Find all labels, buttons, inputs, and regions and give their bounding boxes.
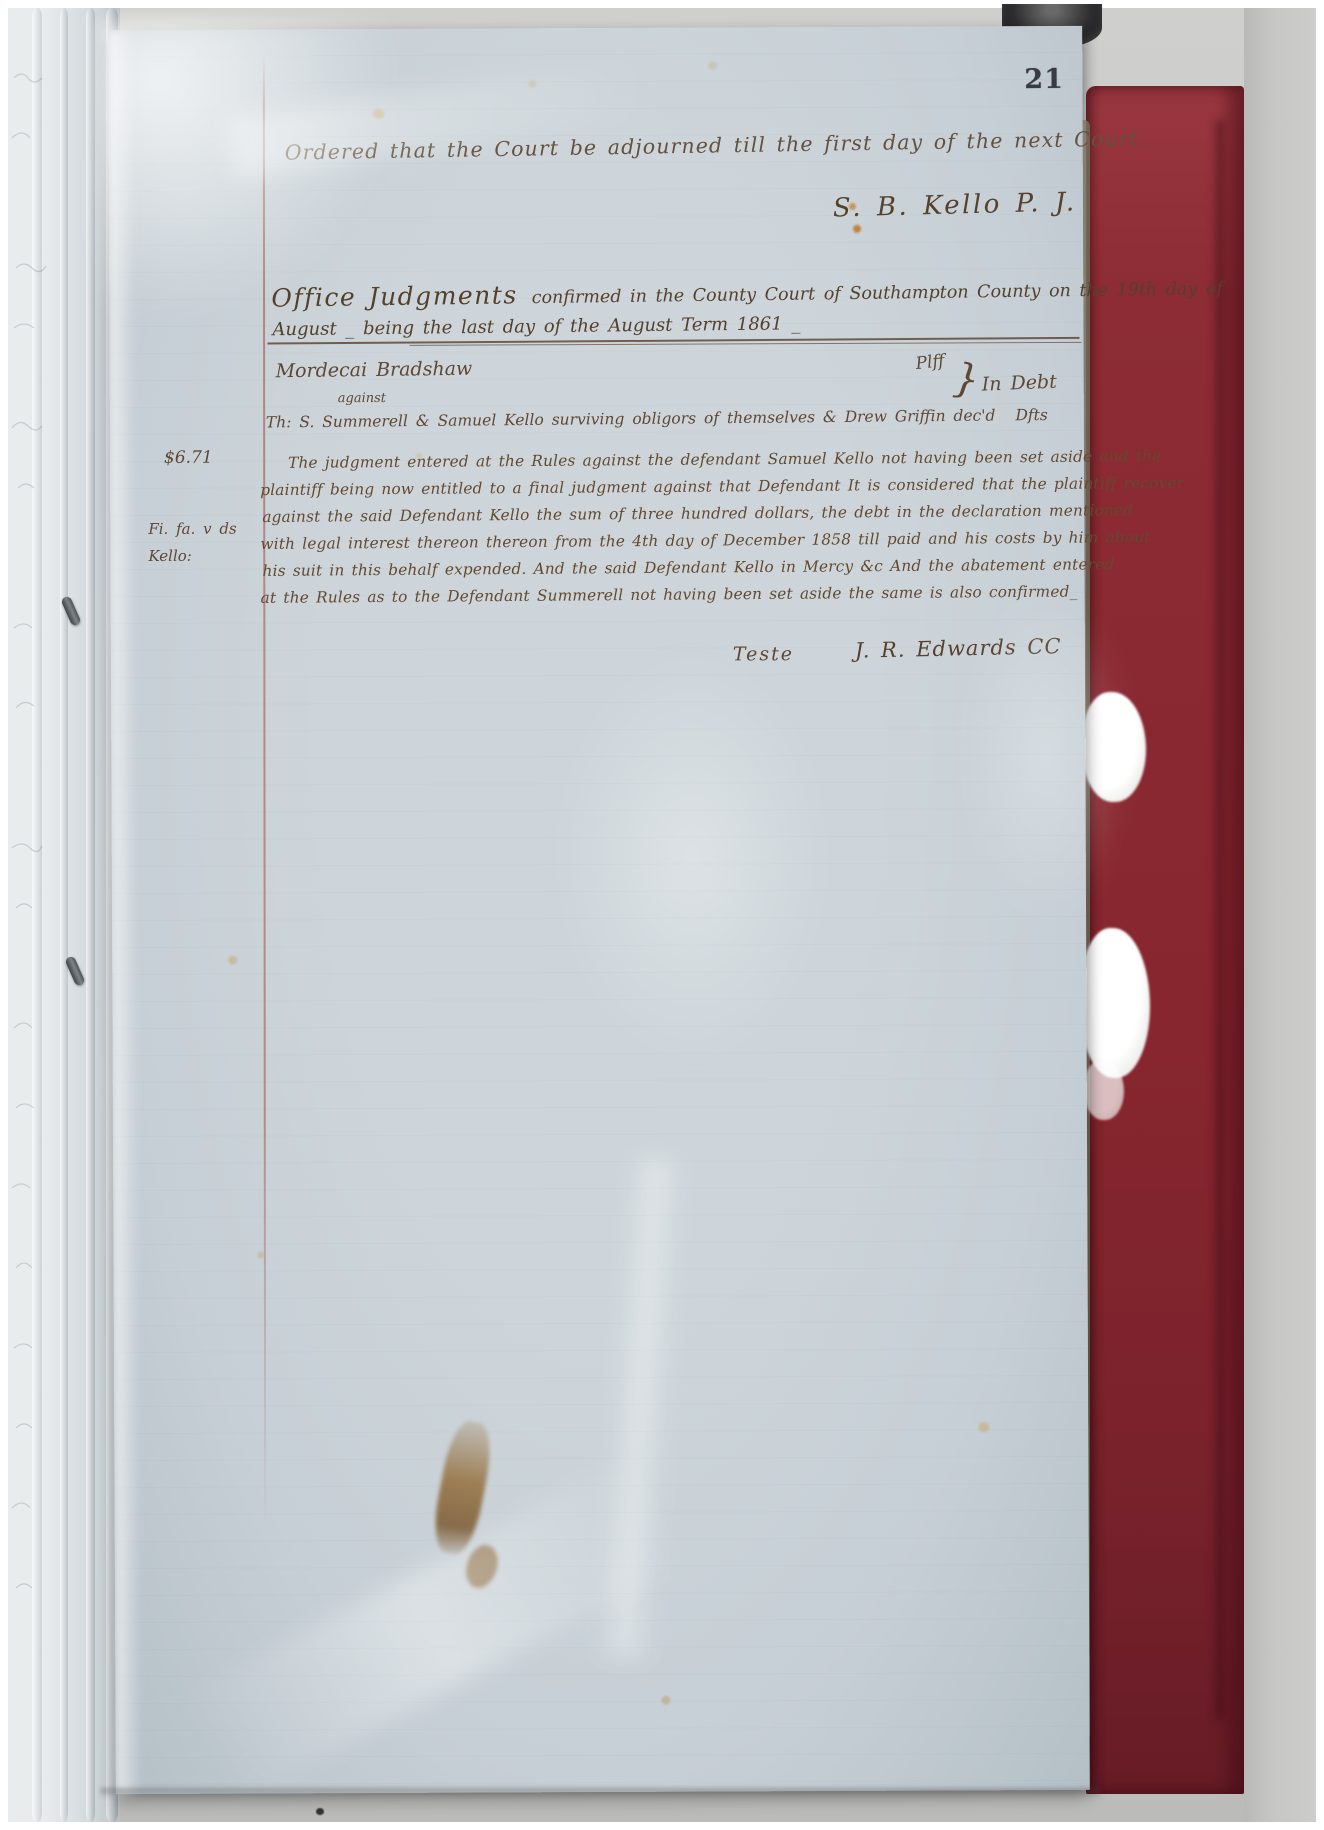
- justice-signature: S. B. Kello P. J.: [833, 187, 1077, 223]
- versus-label: against: [338, 391, 386, 406]
- foxing-spot: [528, 80, 536, 87]
- ledger-page: 21 Ordered that the Court be adjourned t…: [108, 26, 1090, 1794]
- plaintiff-abbreviation: Plff: [915, 351, 946, 374]
- foxing-spot: [708, 61, 717, 69]
- foxing-spot: [849, 203, 856, 210]
- heading-lead: Office Judgments: [271, 280, 518, 312]
- foxing-spot: [257, 1251, 264, 1258]
- tissue-paper-scrap: [1082, 692, 1146, 802]
- clerk-signature: J. R. Edwards CC: [855, 634, 1062, 663]
- small-dark-dot: [316, 1808, 324, 1815]
- table-surface-right: [1244, 8, 1316, 1822]
- margin-note-fifa: Fi. fa. v ds: [148, 520, 236, 538]
- foxing-spot: [416, 453, 422, 459]
- foxing-spot: [228, 956, 237, 965]
- margin-note-kello: Kello:: [148, 547, 191, 565]
- tissue-paper-scrap: [1084, 1060, 1124, 1120]
- ghost-handwriting-marks: [8, 8, 120, 1822]
- teste-label: Teste: [733, 643, 794, 665]
- page-number: 21: [1024, 64, 1064, 95]
- action-type: In Debt: [981, 371, 1057, 396]
- plaintiff-name: Mordecai Bradshaw: [276, 358, 473, 383]
- foxing-spot: [978, 1422, 989, 1432]
- cover-shadow-streak: [1215, 120, 1225, 1720]
- margin-amount: $6.71: [164, 448, 213, 468]
- page-shadow: [100, 1788, 1100, 1798]
- foxing-spot: [661, 1696, 670, 1705]
- defendants-abbreviation: Dfts: [1015, 406, 1048, 424]
- foxing-spot: [853, 225, 861, 233]
- foxing-spot: [373, 109, 385, 119]
- archival-photo-of-court-ledger: 21 Ordered that the Court be adjourned t…: [0, 0, 1324, 1830]
- previous-page-edges: [8, 8, 120, 1822]
